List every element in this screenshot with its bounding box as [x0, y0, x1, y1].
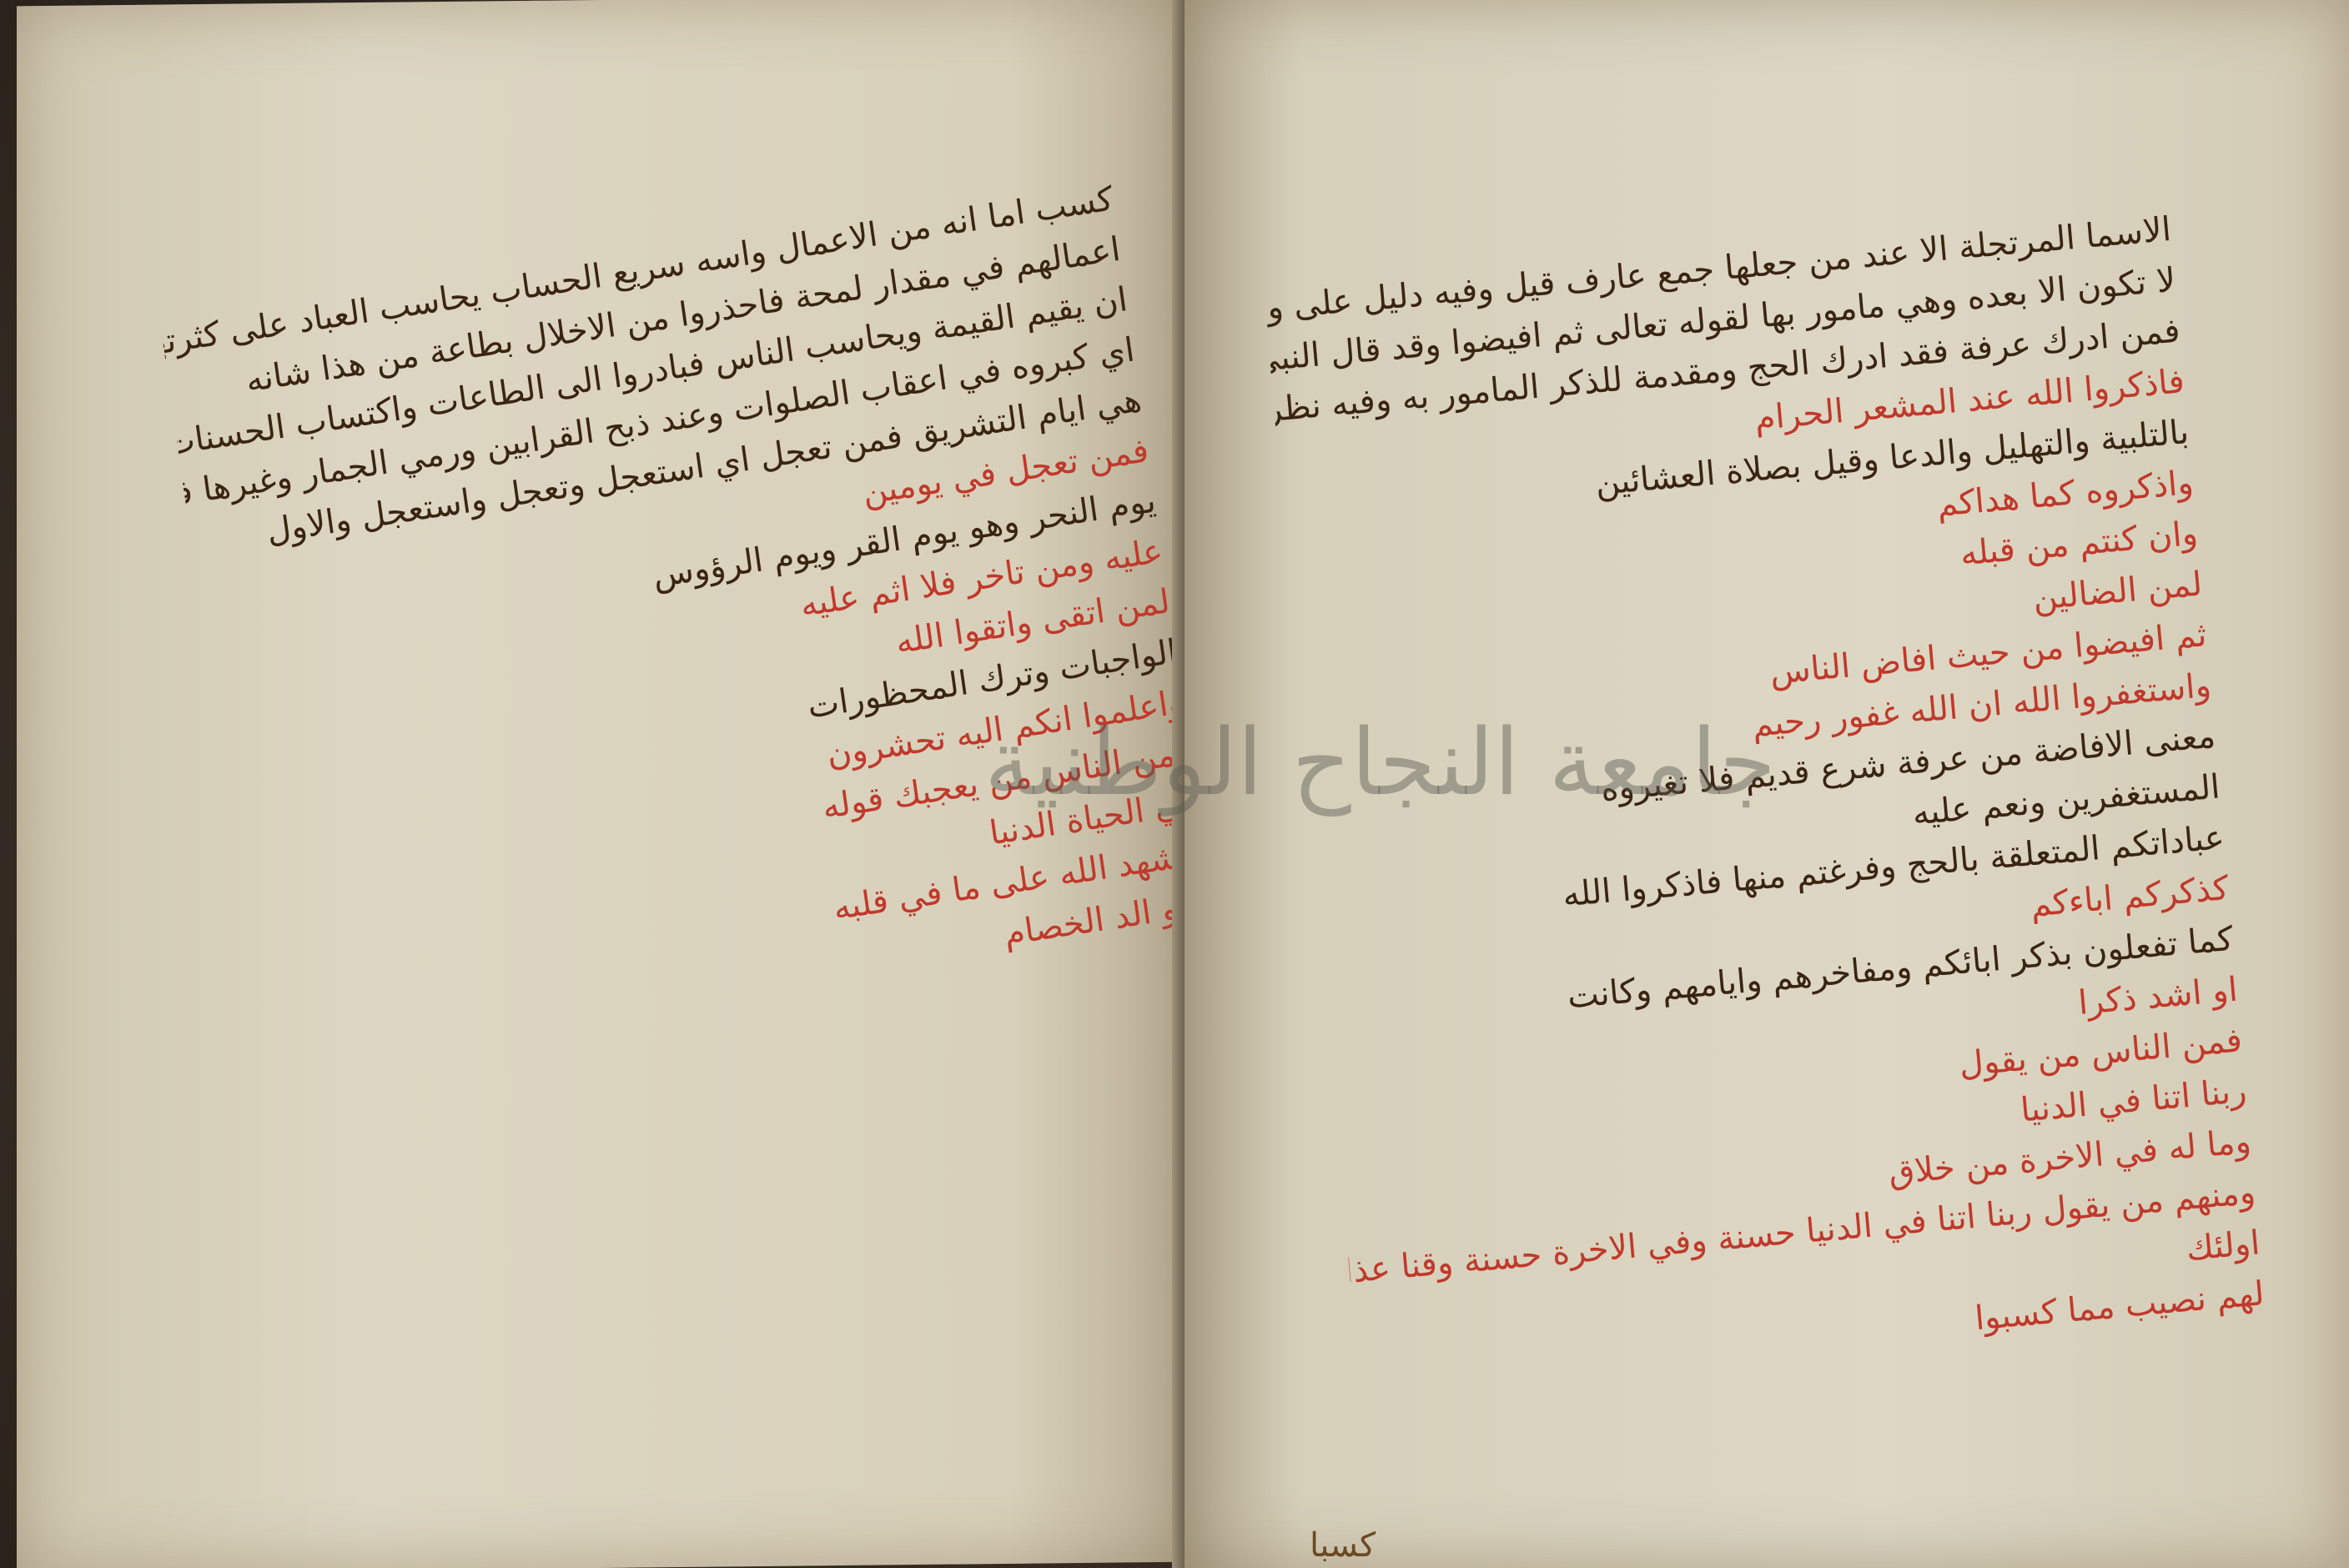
left-page-text: كسب اما انه من الاعمال واسه سريع الحساب …: [159, 174, 1215, 1073]
library-watermark: جامعة النجاح الوطنية: [984, 709, 1776, 816]
catchword: كسبا: [1310, 1526, 1376, 1565]
